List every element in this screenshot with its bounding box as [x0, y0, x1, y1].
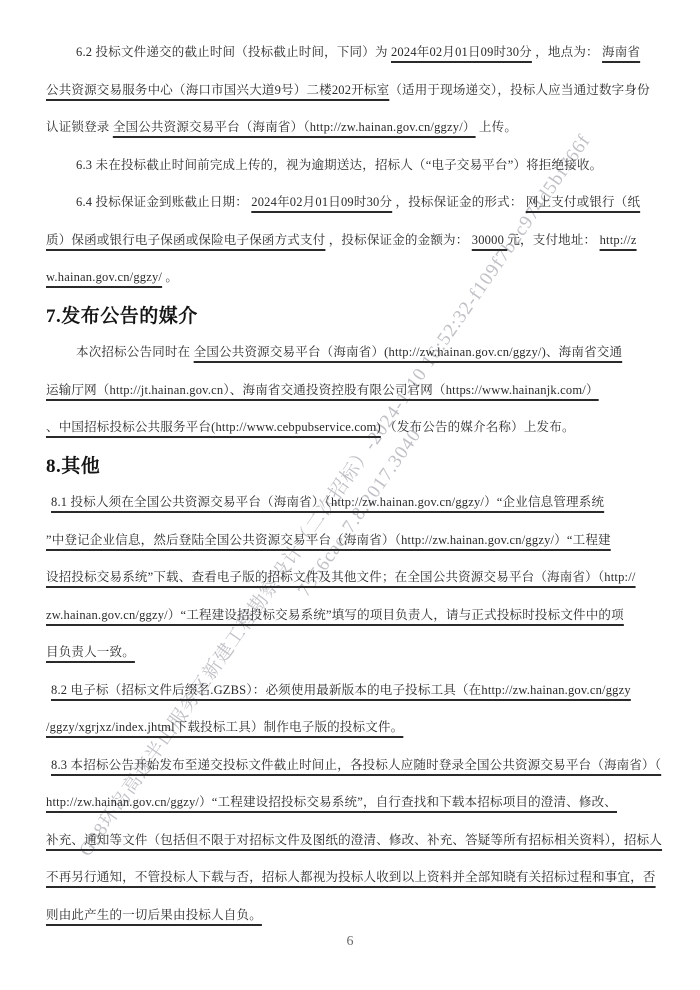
underlined-text: 公共资源交易服务中心（海口市国兴大道9号）二楼202开标室	[46, 83, 389, 97]
underlined-text: http://zw.hainan.gov.cn/ggzy/）“工程建设招投标交易…	[46, 795, 617, 809]
underlined-text: ”中登记企业信息，然后登陆全国公共资源交易平台（海南省）（http://zw.h…	[46, 533, 611, 547]
para-7-line-1: 本次招标公告同时在 全国公共资源交易平台（海南省）(http://zw.hain…	[46, 334, 655, 372]
underlined-text: 2024年02月01日09时30分	[391, 45, 532, 59]
text: ，投标保证金的形式：	[392, 195, 526, 209]
underlined-text: 不再另行通知，不管投标人下载与否，招标人都视为投标人收到以上资料并全部知晓有关招…	[46, 870, 656, 884]
underlined-text: 则由此产生的一切后果由投标人自负。	[46, 908, 262, 922]
underlined-text: 、中国招标投标公共服务平台(http://www.cebpubservice.c…	[46, 420, 381, 434]
underlined-text: 设招投标交易系统”下载、查看电子版的招标文件及其他文件；在全国公共资源交易平台（…	[46, 570, 636, 584]
underlined-text: 目负责人一致。	[46, 645, 135, 659]
page-number: 6	[0, 932, 700, 952]
underlined-text: 30000	[472, 233, 508, 247]
para-6-2-line-3: 认证锁登录 全国公共资源交易平台（海南省）（http://zw.hainan.g…	[46, 109, 655, 147]
document-content: 6.2 投标文件递交的截止时间（投标截止时间，下同）为 2024年02月01日0…	[0, 0, 700, 934]
text: 认证锁登录	[46, 120, 113, 134]
para-7-line-3: 、中国招标投标公共服务平台(http://www.cebpubservice.c…	[46, 409, 655, 447]
text: 本次招标公告同时在	[76, 345, 194, 359]
text: 元，支付地址：	[507, 233, 599, 247]
underlined-text: w.hainan.gov.cn/ggzy/	[46, 270, 162, 284]
para-6-2-line-2: 公共资源交易服务中心（海口市国兴大道9号）二楼202开标室（适用于现场递交），投…	[46, 72, 655, 110]
para-8-3-line-3: 补充、通知等文件（包括但不限于对招标文件及图纸的澄清、修改、补充、答疑等所有招标…	[46, 822, 655, 860]
para-6-2-line-1: 6.2 投标文件递交的截止时间（投标截止时间，下同）为 2024年02月01日0…	[46, 34, 655, 72]
para-8-1-line-5: 目负责人一致。	[46, 634, 655, 672]
para-6-4-line-3: w.hainan.gov.cn/ggzy/ 。	[46, 259, 655, 297]
section-8-heading: 8.其他	[46, 447, 655, 485]
underlined-text: 8.1 投标人须在全国公共资源交易平台（海南省）（http://zw.haina…	[51, 495, 604, 509]
text: 6.2 投标文件递交的截止时间（投标截止时间，下同）为	[76, 45, 391, 59]
underlined-text: 全国公共资源交易平台（海南省）（http://zw.hainan.gov.cn/…	[113, 120, 476, 134]
text: 6.3 未在投标截止时间前完成上传的，视为逾期送达，招标人（“电子交易平台”）将…	[76, 158, 602, 172]
underlined-text: 全国公共资源交易平台（海南省）(http://zw.hainan.gov.cn/…	[194, 345, 623, 359]
text: ，投标保证金的金额为：	[325, 233, 471, 247]
text: 。	[162, 270, 178, 284]
para-6-3-line-1: 6.3 未在投标截止时间前完成上传的，视为逾期送达，招标人（“电子交易平台”）将…	[46, 147, 655, 185]
underlined-text: 8.2 电子标（招标文件后缀名.GZBS）：必须使用最新版本的电子投标工具（在h…	[51, 683, 631, 697]
underlined-text: 2024年02月01日09时30分	[251, 195, 392, 209]
section-7-heading: 7.发布公告的媒介	[46, 297, 655, 335]
underlined-text: 8.3 本招标公告开始发布至递交投标文件截止时间止，各投标人应随时登录全国公共资…	[51, 758, 661, 772]
text: 6.4 投标保证金到账截止日期：	[76, 195, 251, 209]
para-6-4-line-2: 质）保函或银行电子保函或保险电子保函方式支付 ，投标保证金的金额为： 30000…	[46, 222, 655, 260]
para-8-1-line-4: zw.hainan.gov.cn/ggzy/）“工程建设招投标交易系统”填写的项…	[46, 597, 655, 635]
para-6-4-line-1: 6.4 投标保证金到账截止日期： 2024年02月01日09时30分 ，投标保证…	[46, 184, 655, 222]
underlined-text: http://z	[600, 233, 637, 247]
text: 上传。	[476, 120, 517, 134]
para-8-1-line-2: ”中登记企业信息，然后登陆全国公共资源交易平台（海南省）（http://zw.h…	[46, 522, 655, 560]
para-8-1-line-3: 设招投标交易系统”下载、查看电子版的招标文件及其他文件；在全国公共资源交易平台（…	[46, 559, 655, 597]
para-8-3-line-2: http://zw.hainan.gov.cn/ggzy/）“工程建设招投标交易…	[46, 784, 655, 822]
document-page: G98环岛高速半山服务区新建工程勘察设计（二次招标）-2024-1-10 16:…	[0, 0, 700, 990]
underlined-text: 网上支付或银行（纸	[526, 195, 640, 209]
underlined-text: /ggzy/xgrjxz/index.jhtml下载投标工具）制作电子版的投标文…	[46, 720, 403, 734]
underlined-text: 运输厅网（http://jt.hainan.gov.cn）、海南省交通投资控股有…	[46, 383, 599, 397]
text: （适用于现场递交），投标人应当通过数字身份	[389, 83, 649, 97]
underlined-text: 海南省	[602, 45, 640, 59]
para-7-line-2: 运输厅网（http://jt.hainan.gov.cn）、海南省交通投资控股有…	[46, 372, 655, 410]
underlined-text: zw.hainan.gov.cn/ggzy/）“工程建设招投标交易系统”填写的项…	[46, 608, 624, 622]
para-8-2-line-1: 8.2 电子标（招标文件后缀名.GZBS）：必须使用最新版本的电子投标工具（在h…	[46, 672, 655, 710]
para-8-1-line-1: 8.1 投标人须在全国公共资源交易平台（海南省）（http://zw.haina…	[46, 484, 655, 522]
para-8-3-line-4: 不再另行通知，不管投标人下载与否，招标人都视为投标人收到以上资料并全部知晓有关招…	[46, 859, 655, 897]
para-8-3-line-5: 则由此产生的一切后果由投标人自负。	[46, 897, 655, 935]
underlined-text: 补充、通知等文件（包括但不限于对招标文件及图纸的澄清、修改、补充、答疑等所有招标…	[46, 833, 662, 847]
para-8-2-line-2: /ggzy/xgrjxz/index.jhtml下载投标工具）制作电子版的投标文…	[46, 709, 655, 747]
underlined-text: 质）保函或银行电子保函或保险电子保函方式支付	[46, 233, 325, 247]
text: ，地点为：	[532, 45, 602, 59]
para-8-3-line-1: 8.3 本招标公告开始发布至递交投标文件截止时间止，各投标人应随时登录全国公共资…	[46, 747, 655, 785]
text: （发布公告的媒介名称）上发布。	[381, 420, 575, 434]
